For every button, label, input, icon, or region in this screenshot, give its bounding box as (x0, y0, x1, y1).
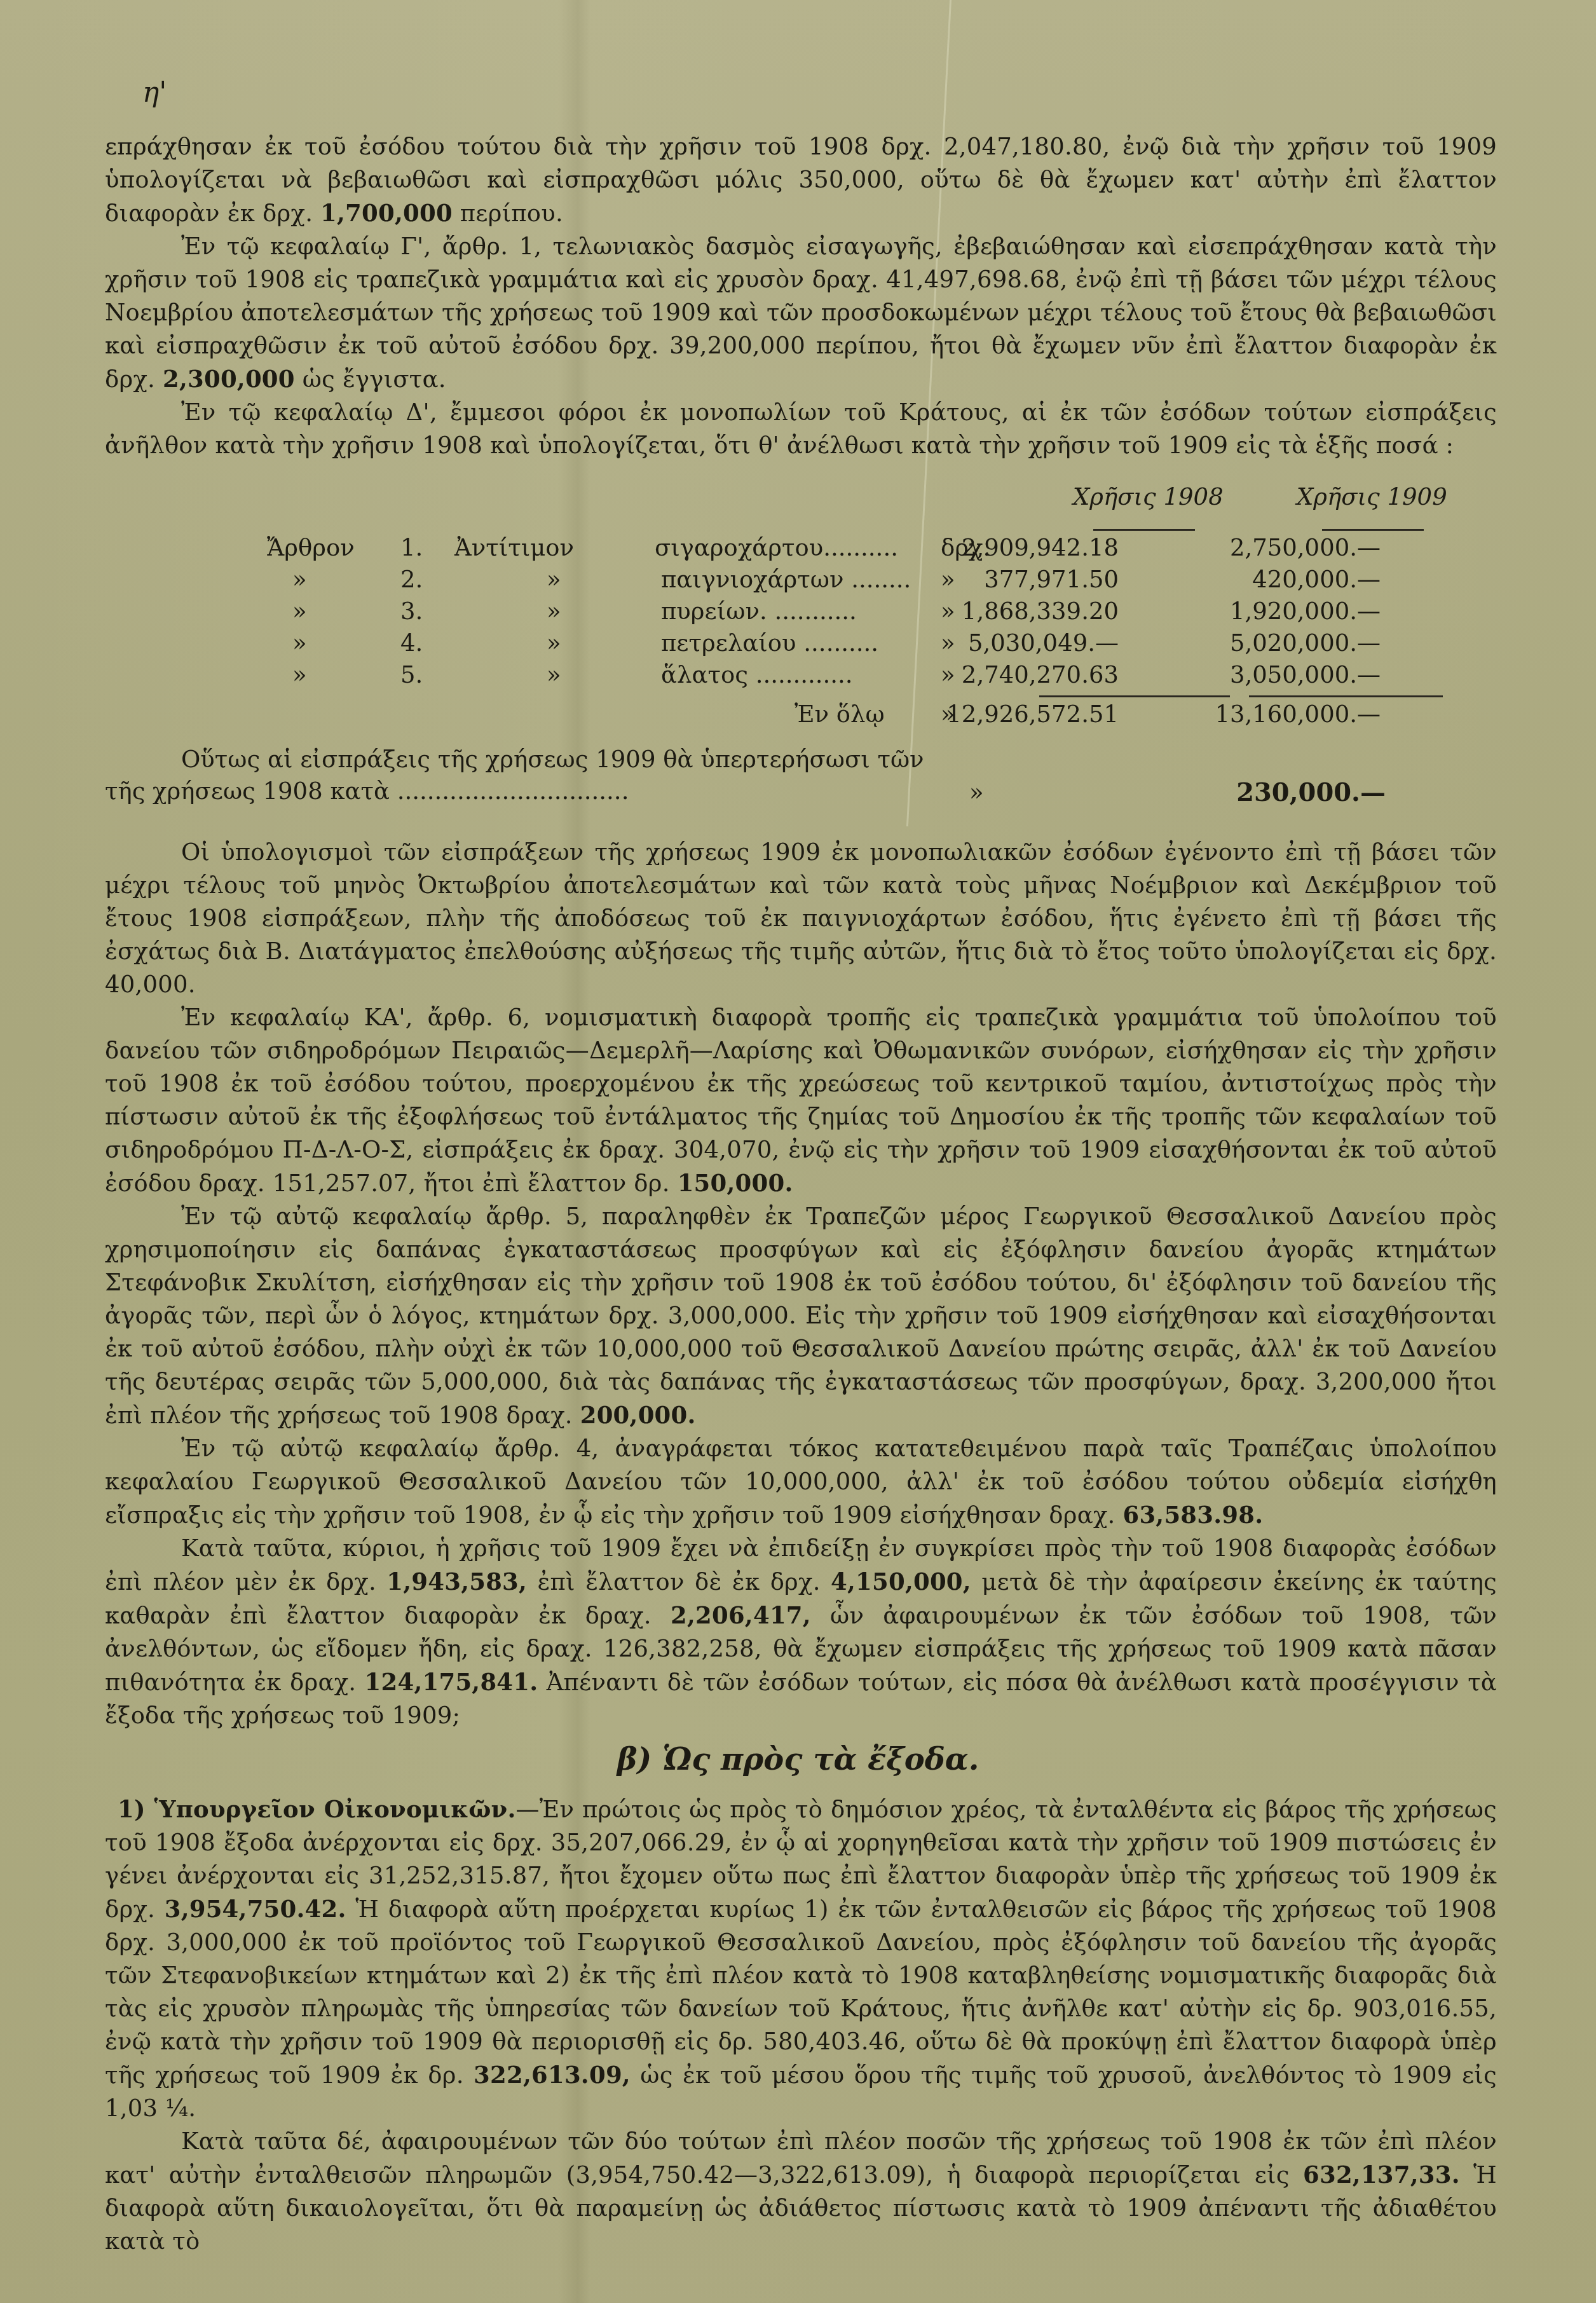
bold-amount: 2,300,000 (163, 365, 295, 393)
table-row: » 5. » ἅλατος ............. » 2,740,270.… (267, 661, 1487, 693)
bold-amount: 150,000. (678, 1169, 793, 1197)
paragraph: Ἐν κεφαλαίῳ ΚΑ', ἄρθρ. 6, νομισματικὴ δι… (105, 1001, 1497, 1200)
paragraph: Κατὰ ταῦτα, κύριοι, ἡ χρῆσις τοῦ 1909 ἔχ… (105, 1532, 1497, 1732)
monopoly-revenue-table: Χρῆσις 1908 Χρῆσις 1909 Ἄρθρον 1. Ἀντίτι… (267, 483, 1487, 732)
table-row: » 4. » πετρελαίου .......... » 5,030,049… (267, 629, 1487, 661)
column-header-1909: Χρῆσις 1909 (1297, 483, 1447, 510)
summary-line-1: Οὕτως αἱ εἰσπράξεις τῆς χρήσεως 1909 θὰ … (105, 744, 1497, 776)
ditto-mark: » (969, 777, 984, 809)
summary-surplus: Οὕτως αἱ εἰσπράξεις τῆς χρήσεως 1909 θὰ … (105, 744, 1497, 807)
total-rule (1039, 695, 1230, 697)
table-row: » 3. » πυρείων. ........... » 1,868,339.… (267, 598, 1487, 629)
paragraph: Ἐν τῷ κεφαλαίῳ Δ', ἔμμεσοι φόροι ἐκ μονο… (105, 396, 1497, 462)
table-header: Χρῆσις 1908 Χρῆσις 1909 (267, 483, 1487, 534)
paragraph: Οἱ ὑπολογισμοὶ τῶν εἰσπράξεων τῆς χρήσεω… (105, 836, 1497, 1001)
paragraph: Ἐν τῷ αὐτῷ κεφαλαίῳ ἄρθρ. 5, παραληφθὲν … (105, 1200, 1497, 1432)
surplus-value: 230,000.— (1236, 777, 1386, 809)
paragraph: Ἐν τῷ αὐτῷ κεφαλαίῳ ἄρθρ. 4, ἀναγράφεται… (105, 1432, 1497, 1532)
table-row: » 2. » παιγνιοχάρτων ........ » 377,971.… (267, 566, 1487, 598)
ministry-heading: 1) Ὑπουργεῖον Οἰκονομικῶν. (118, 1795, 516, 1823)
paragraph: Κατὰ ταῦτα δέ, ἀφαιρουμένων τῶν δύο τούτ… (105, 2125, 1497, 2258)
total-rule (1249, 695, 1443, 697)
total-label: Ἐν ὅλῳ (795, 700, 885, 728)
table-row: Ἄρθρον 1. Ἀντίτιμον σιγαροχάρτου........… (267, 534, 1487, 566)
bold-amount: 63,583.98. (1122, 1501, 1263, 1529)
paragraph: Ἐν τῷ κεφαλαίῳ Γ', ἄρθρ. 1, τελωνιακὸς δ… (105, 230, 1497, 396)
section-heading-expenses: β) Ὡς πρὸς τὰ ἔξοδα. (0, 1742, 1596, 1777)
bold-amount: 200,000. (580, 1401, 696, 1429)
text-block-expenses: 1) Ὑπουργεῖον Οἰκονομικῶν.—Ἐν πρώτοις ὡς… (105, 1793, 1497, 2258)
header-rule (1322, 529, 1424, 531)
paragraph: 1) Ὑπουργεῖον Οἰκονομικῶν.—Ἐν πρώτοις ὡς… (105, 1793, 1497, 2125)
bold-amount: 1,700,000 (320, 199, 453, 227)
table-total-row: Ἐν ὅλῳ » 12,926,572.51 13,160,000.— (267, 700, 1487, 732)
text-block-explanations: Οἱ ὑπολογισμοὶ τῶν εἰσπράξεων τῆς χρήσεω… (105, 836, 1497, 1732)
text-block-revenues: επράχθησαν ἐκ τοῦ ἐσόδου τούτου διὰ τὴν … (105, 130, 1497, 462)
column-header-1908: Χρῆσις 1908 (1073, 483, 1224, 510)
paragraph: επράχθησαν ἐκ τοῦ ἐσόδου τούτου διὰ τὴν … (105, 130, 1497, 230)
header-rule (1093, 529, 1195, 531)
document-page: η' επράχθησαν ἐκ τοῦ ἐσόδου τούτου διὰ τ… (0, 0, 1596, 2303)
page-number: η' (142, 76, 167, 109)
